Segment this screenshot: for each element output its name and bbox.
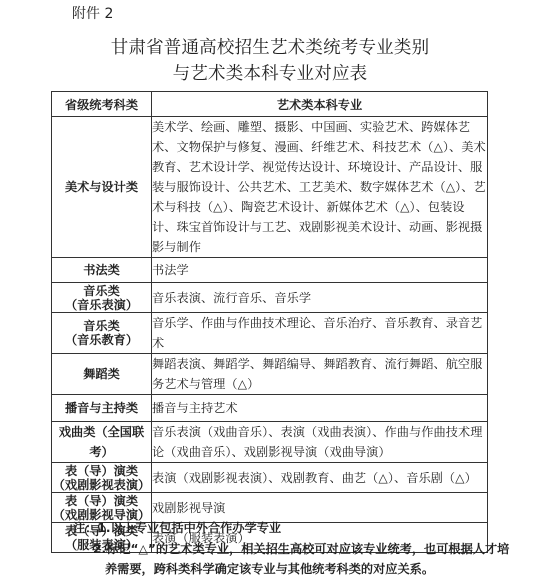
row-category: 舞蹈类 <box>52 354 152 395</box>
row-category: 美术与设计类 <box>52 117 152 258</box>
table-row: 音乐类 （音乐教育） 音乐学、作曲与作曲技术理论、音乐治疗、音乐教育、录音艺术 <box>52 313 488 354</box>
row-majors: 播音与主持艺术 <box>152 395 488 422</box>
row-category: 书法类 <box>52 258 152 283</box>
row-category: 播音与主持类 <box>52 395 152 422</box>
note-line-2: 2.标记“△”的艺术类专业，相关招生高校可对应该专业统考，也可根据人才培 <box>73 539 513 560</box>
column-header-category: 省级统考科类 <box>52 92 152 117</box>
row-category: 戏曲类（全国联考） <box>52 422 152 463</box>
row-category-main: 音乐类 <box>52 319 151 333</box>
row-majors: 书法学 <box>152 258 488 283</box>
row-category: 音乐类 （音乐教育） <box>52 313 152 354</box>
attachment-label: 附件 2 <box>72 5 113 23</box>
table-row: 戏曲类（全国联考） 音乐表演（戏曲音乐）、表演（戏曲表演）、作曲与作曲技术理论（… <box>52 422 488 463</box>
row-category-main: 表（导）演类 <box>52 464 151 478</box>
table-header-row: 省级统考科类 艺术类本科专业 <box>52 92 488 117</box>
row-category-main: 音乐类 <box>52 284 151 298</box>
table-row: 音乐类 （音乐表演） 音乐表演、流行音乐、音乐学 <box>52 283 488 313</box>
document-title-line2: 与艺术类本科专业对应表 <box>0 60 540 85</box>
row-category-sub: （音乐教育） <box>52 333 151 347</box>
row-category-sub: （音乐表演） <box>52 298 151 312</box>
row-majors: 音乐表演（戏曲音乐）、表演（戏曲表演）、作曲与作曲技术理论（戏曲音乐）、戏剧影视… <box>152 422 488 463</box>
column-header-majors: 艺术类本科专业 <box>152 92 488 117</box>
row-category: 表（导）演类 （戏剧影视表演） <box>52 463 152 493</box>
row-category: 音乐类 （音乐表演） <box>52 283 152 313</box>
row-category-sub: （戏剧影视表演） <box>52 478 151 492</box>
major-mapping-table: 省级统考科类 艺术类本科专业 美术与设计类 美术学、绘画、雕塑、摄影、中国画、实… <box>51 91 488 553</box>
document-title-line1: 甘肃省普通高校招生艺术类统考专业类别 <box>0 34 540 59</box>
row-category-main: 表（导）演类 <box>52 494 151 508</box>
row-majors: 美术学、绘画、雕塑、摄影、中国画、实验艺术、跨媒体艺术、文物保护与修复、漫画、纤… <box>152 117 488 258</box>
notes-section: 注：1.以上专业包括中外合作办学专业 2.标记“△”的艺术类专业，相关招生高校可… <box>73 518 513 576</box>
table-row: 播音与主持类 播音与主持艺术 <box>52 395 488 422</box>
note-line-3: 养需要，跨科类科学确定该专业与其他统考科类的对应关系。 <box>73 559 513 576</box>
row-majors: 舞蹈表演、舞蹈学、舞蹈编导、舞蹈教育、流行舞蹈、航空服务艺术与管理（△） <box>152 354 488 395</box>
row-majors: 音乐表演、流行音乐、音乐学 <box>152 283 488 313</box>
table-row: 舞蹈类 舞蹈表演、舞蹈学、舞蹈编导、舞蹈教育、流行舞蹈、航空服务艺术与管理（△） <box>52 354 488 395</box>
table-row: 表（导）演类 （戏剧影视表演） 表演（戏剧影视表演）、戏剧教育、曲艺（△）、音乐… <box>52 463 488 493</box>
row-majors: 音乐学、作曲与作曲技术理论、音乐治疗、音乐教育、录音艺术 <box>152 313 488 354</box>
row-majors: 表演（戏剧影视表演）、戏剧教育、曲艺（△）、音乐剧（△） <box>152 463 488 493</box>
table-row: 书法类 书法学 <box>52 258 488 283</box>
table-row: 美术与设计类 美术学、绘画、雕塑、摄影、中国画、实验艺术、跨媒体艺术、文物保护与… <box>52 117 488 258</box>
note-line-1: 注：1.以上专业包括中外合作办学专业 <box>73 518 513 539</box>
